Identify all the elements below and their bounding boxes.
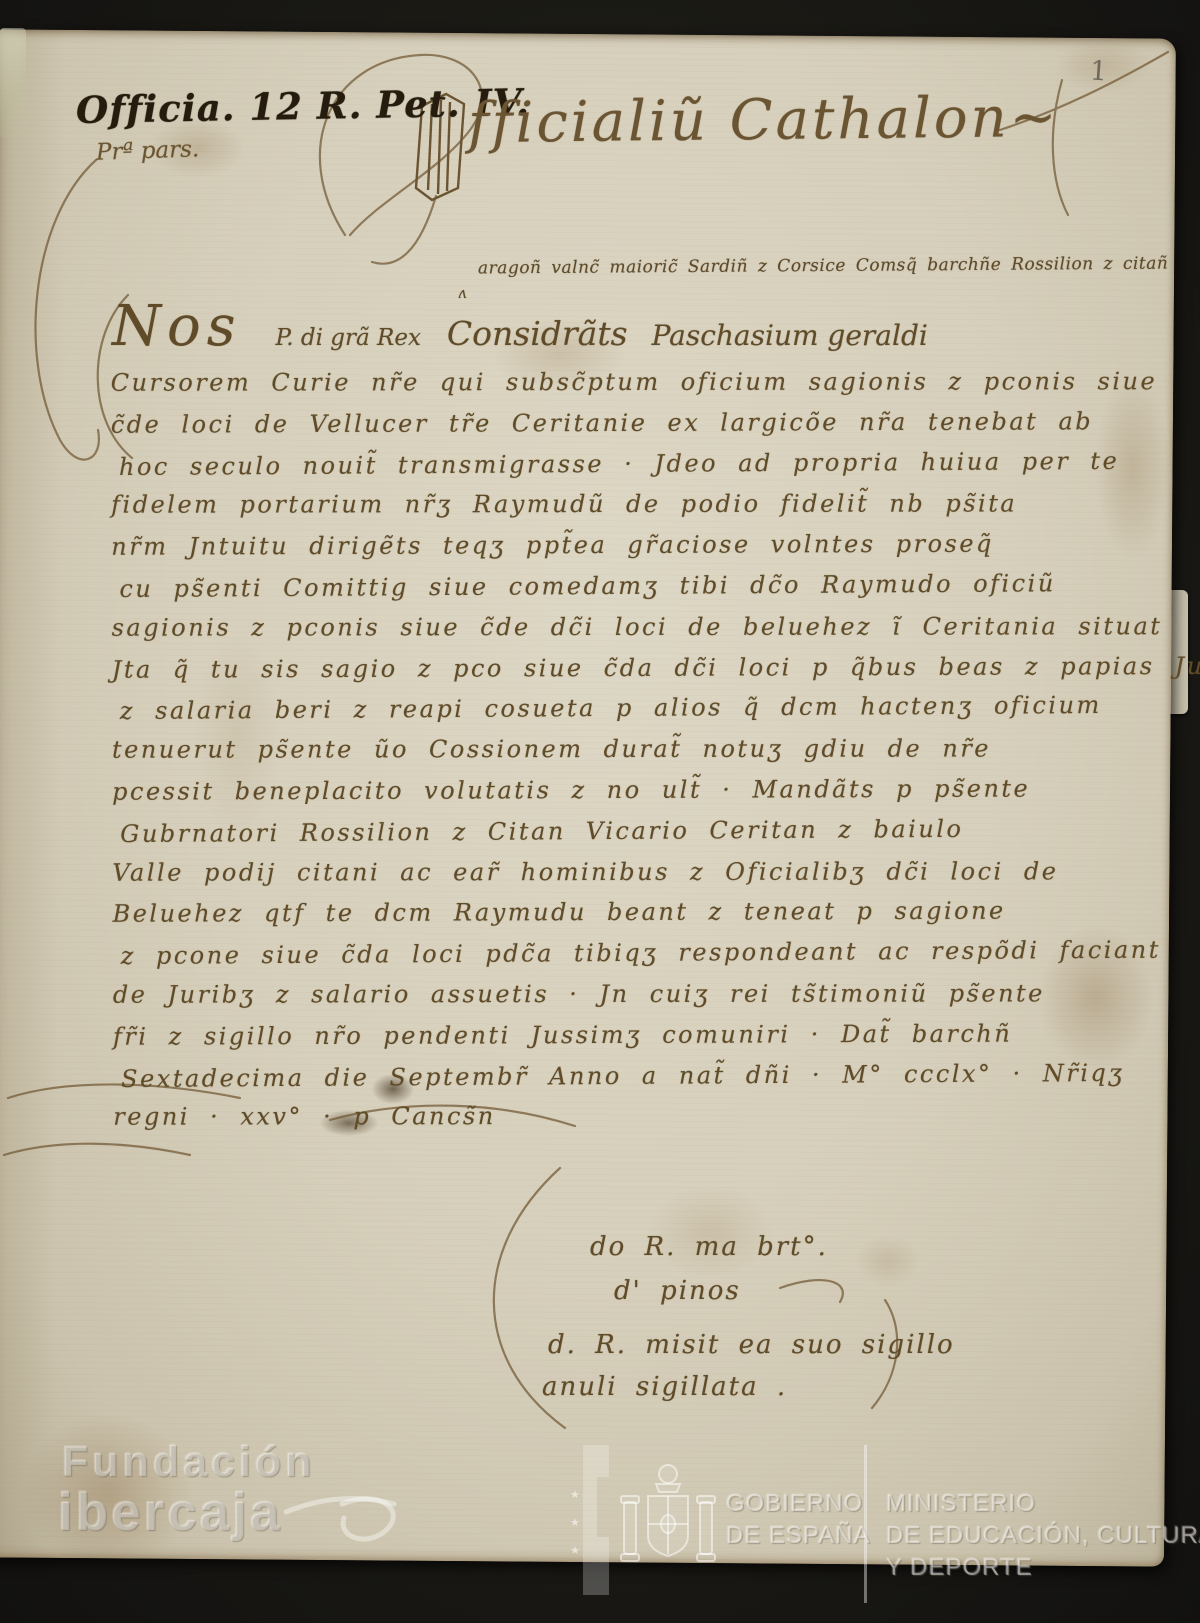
archival-subnote: Prª pars.: [96, 136, 200, 166]
incipit-word: Considrãts: [447, 314, 628, 353]
body-line: nr̃m Jntuitu dirigẽts teqʒ ppt̃ea gr̃aci…: [111, 529, 1101, 573]
signature-line: d. R. misit ea suo sigillo: [548, 1330, 955, 1360]
body-line: Jta q̃ tu sis sagio z pco siue c̃da dc̃i…: [112, 652, 1102, 696]
spain-flag-icon: [583, 1537, 609, 1595]
incipit-word: Paschasium geraldi: [652, 319, 928, 352]
signature-line: do R. ma brt°.: [590, 1232, 828, 1262]
spain-flag-icon: [583, 1445, 609, 1477]
body-line: tenuerut ps̃ente ũo Cossionem durat̃ not…: [112, 734, 1102, 776]
signature-line: d' pinos: [614, 1276, 741, 1306]
body-line: fidelem portarium nr̃ʒ Raymudũ de podio …: [111, 490, 1101, 532]
star-icon: ★: [570, 1516, 580, 1529]
body-line: c̃de loci de Vellucer tr̃e Ceritanie ex …: [111, 407, 1101, 451]
body-line: Cursorem Curie nr̃e qui subsc̃ptum ofici…: [111, 367, 1101, 409]
signature-line: anuli sigillata .: [542, 1372, 787, 1402]
body-line: Sextadecima die Septembr̃ Anno a nat̃ dñ…: [121, 1059, 1103, 1106]
manuscript-photograph: Officia. 12 R. Pet. IV. Prª pars. 1 ffic…: [0, 0, 1200, 1623]
body-line: regni · xxv° · p Cancs̃n: [113, 1102, 1103, 1144]
body-line: Gubrnatori Rossilion z Citan Vicario Cer…: [120, 814, 1102, 861]
incipit-word: Nos: [112, 294, 241, 359]
body-line: hoc seculo nouit̃ transmigrasse · Jdeo a…: [119, 447, 1101, 494]
star-icon: ★: [570, 1488, 580, 1501]
star-icon: ★: [570, 1544, 580, 1557]
body-line: Beluehez qtf te dcm Raymudu beant z tene…: [113, 897, 1103, 941]
body-line: z salaria beri z reapi cosueta p alios q…: [120, 691, 1102, 738]
manuscript-heading: fficialiũ Cathalon~: [468, 85, 1060, 156]
binding-sliver: [0, 28, 26, 138]
incipit-word: P. di grã Rex: [275, 325, 420, 351]
body-line: Valle podij citani ac ear̃ hominibus z O…: [112, 857, 1102, 899]
folio-number: 1: [1089, 55, 1108, 87]
watermark-divider: [864, 1445, 867, 1603]
body-line: sagionis z pconis siue c̃de dc̃i loci de…: [112, 612, 1102, 654]
manuscript-body: Cursorem Curie nr̃e qui subsc̃ptum ofici…: [111, 366, 1104, 1145]
body-line: fr̃i z sigillo nr̃o pendenti Jussimʒ com…: [113, 1019, 1103, 1063]
archival-note: Officia. 12 R. Pet. IV.: [76, 80, 531, 132]
body-line: z pcone siue c̃da loci pdc̃a tibiqʒ resp…: [121, 936, 1103, 983]
body-line: de Juribʒ z salario assuetis · Jn cuiʒ r…: [113, 979, 1103, 1021]
spain-flag-icon: [583, 1477, 597, 1537]
incipit-line: NosP. di grã RexConsidrãtsPaschasium ger…: [112, 294, 928, 359]
body-line: pcessit beneplacito volutatis z no ult̃ …: [112, 774, 1102, 818]
body-line: cu ps̃enti Comittig siue comedamʒ tibi d…: [119, 569, 1101, 616]
